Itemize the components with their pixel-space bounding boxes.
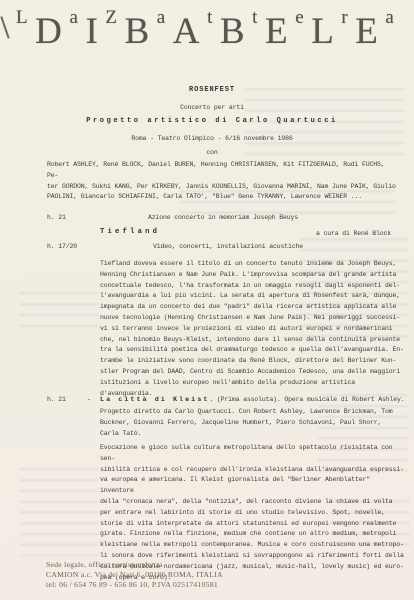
logo-letter: a [157, 8, 165, 27]
logo-letter: L [311, 13, 334, 50]
event-subtitle: Concerto per arti [12, 103, 412, 114]
footer-address: Sede legale, office, corrispondenza CAMI… [46, 560, 223, 590]
logo-letter: t [252, 8, 257, 27]
company-logo: L D a I Z B a A t B t E e L r E a [16, 6, 394, 58]
logo-letter: a [69, 8, 77, 27]
bleed-through-texture [20, 468, 98, 556]
event-title: ROSENFEST [12, 85, 412, 96]
logo-letter: r [341, 8, 347, 27]
tiefland-subtitle: Video, concerti, installazioni acustiche [153, 242, 303, 253]
logo-letter: E [265, 13, 288, 50]
logo-letter: A [173, 13, 200, 50]
logo-letter: B [220, 13, 245, 50]
venue-date-line: Roma - Teatro Olimpico - 6/16 novembre 1… [12, 134, 412, 145]
tiefland-curator: a cura di René Block [316, 229, 391, 240]
logo-letter: D [35, 13, 62, 50]
artist-list: Robert ASHLEY, René BLOCK, Daniel BUREN,… [47, 160, 399, 203]
footer-line1: Sede legale, office, corrispondenza [46, 560, 223, 570]
event-beuys-title: Azione concerto in memoriam Joseph Beuys [148, 213, 298, 224]
logo-letter: t [207, 8, 212, 27]
kleist-title-rest: . (Prima assoluta). Opera musicale di Ro… [209, 396, 404, 403]
logo-letter: E [355, 13, 378, 50]
tiefland-body: Tiefland doveva essere il titolo di un c… [100, 259, 404, 399]
kleist-heading: La città di Kleist. (Prima assoluta). Op… [100, 395, 408, 406]
footer-line2: CAMION a.c. Via de' Nari 6, 00186 ROMA, … [46, 570, 223, 580]
project-line: Progetto artistico di Carlo Quartucci [12, 116, 412, 127]
tiefland-title: Tiefland [100, 227, 160, 238]
logo-letter: I [85, 13, 97, 50]
scanned-program-page: L D a I Z B a A t B t E e L r E a ROSENF… [0, 0, 414, 600]
logo-letter: a [385, 8, 393, 27]
kleist-dash: - [87, 395, 91, 406]
tiefland-time: h. 17/20 [47, 242, 77, 253]
bleed-through-texture [20, 292, 98, 328]
corner-crop-mark [0, 16, 9, 38]
footer-line3: tel: 06 / 654 76 89 - 656 86 10, P.IVA 0… [46, 580, 223, 590]
with-label: con [12, 148, 412, 159]
kleist-credits: Progetto diretto da Carlo Quartucci. Con… [100, 407, 404, 439]
logo-letter: B [125, 13, 150, 50]
kleist-time: h. 21 [47, 395, 66, 406]
event-time: h. 21 [47, 213, 66, 224]
kleist-title: La città di Kleist [100, 396, 209, 404]
logo-letter: L [16, 8, 28, 27]
logo-letter: Z [105, 8, 117, 27]
logo-letter: e [295, 8, 303, 27]
